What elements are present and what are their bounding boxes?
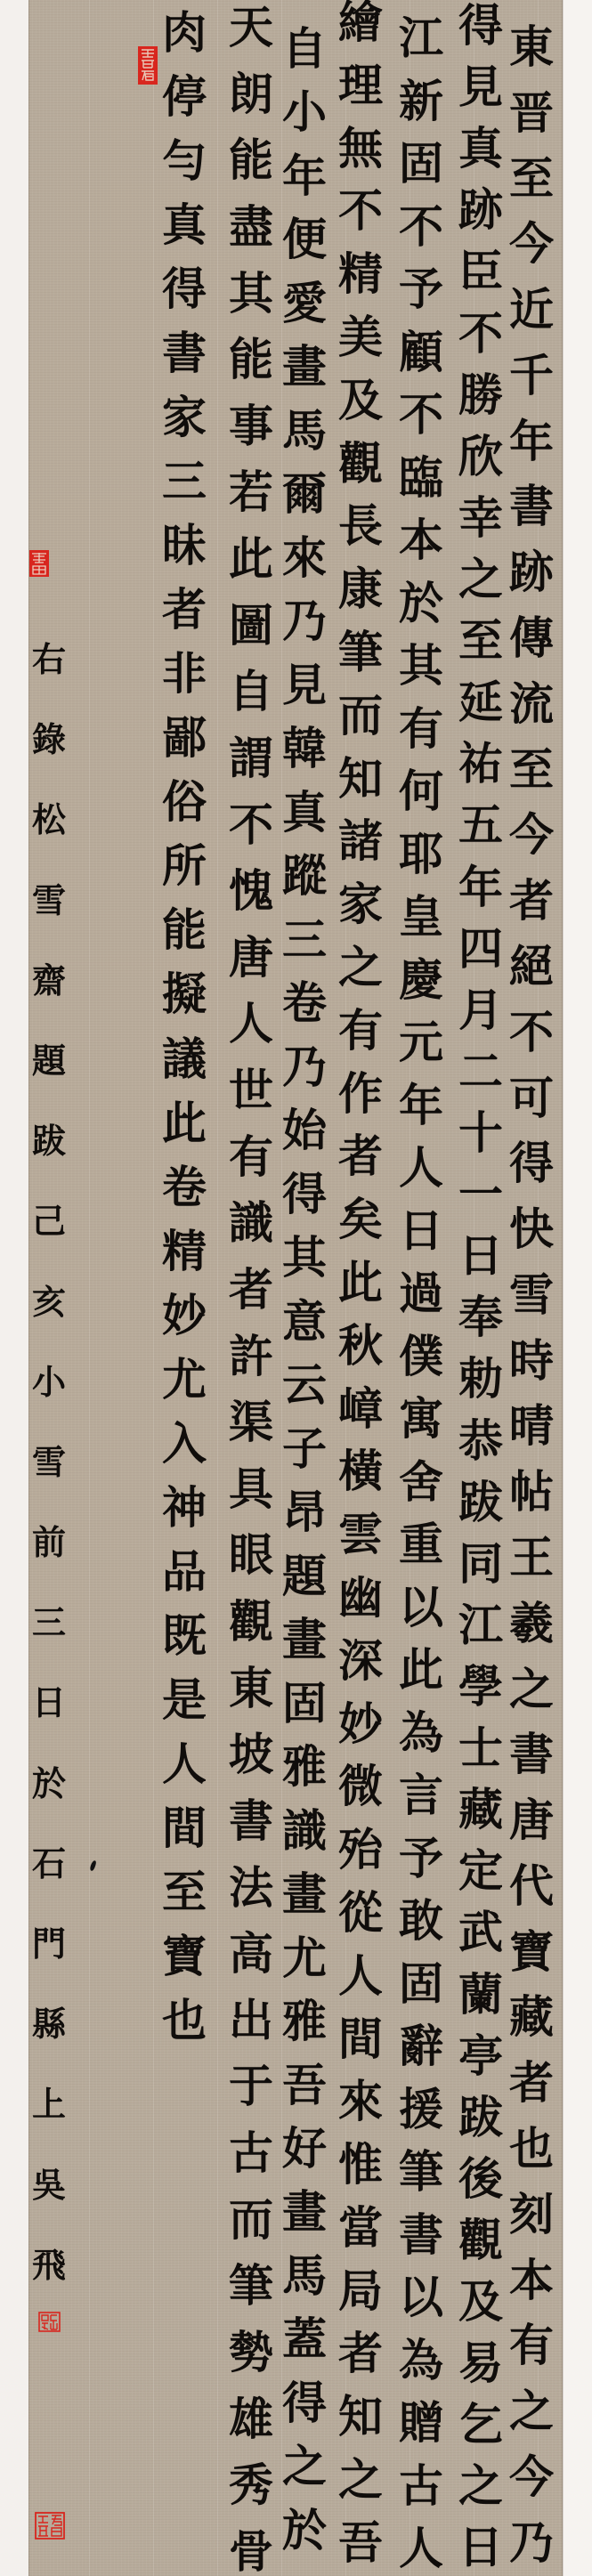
calligraphy-character: 東	[505, 25, 558, 69]
calligraphy-character: 愧	[224, 869, 278, 913]
calligraphy-character: 上	[27, 2087, 71, 2121]
calligraphy-character: 自	[224, 669, 278, 714]
calligraphy-character: 予	[394, 267, 448, 312]
inscription-head-seal-icon	[29, 550, 49, 577]
calligraphy-character: 入	[158, 1422, 211, 1466]
calligraphy-character: 間	[158, 1806, 211, 1851]
calligraphy-character: 自	[278, 27, 331, 71]
calligraphy-character: 易	[454, 2341, 507, 2386]
calligraphy-character: 雲	[334, 1512, 387, 1557]
calligraphy-character: 日	[27, 1686, 71, 1720]
calligraphy-character: 跡	[505, 550, 558, 595]
calligraphy-character: 者	[505, 2061, 558, 2105]
calligraphy-character: 長	[334, 504, 387, 548]
calligraphy-character: 許	[224, 1334, 278, 1379]
calligraphy-character: 家	[158, 395, 211, 440]
calligraphy-character: 日	[394, 1209, 448, 1253]
calligraphy-character: 識	[224, 1201, 278, 1245]
calligraphy-character: 蘭	[454, 1973, 507, 2017]
calligraphy-character: 江	[454, 1603, 507, 1648]
calligraphy-character: 理	[334, 63, 387, 108]
calligraphy-character: 者	[158, 587, 211, 632]
calligraphy-character: 年	[394, 1083, 448, 1128]
calligraphy-character: 繪	[334, 0, 387, 45]
calligraphy-character: 盡	[224, 205, 278, 249]
calligraphy-character: 矣	[334, 1197, 387, 1242]
calligraphy-character: 四	[454, 927, 507, 971]
calligraphy-character: 有	[224, 1135, 278, 1179]
calligraphy-character: 跡	[454, 188, 507, 232]
calligraphy-character: 觀	[454, 2218, 507, 2263]
calligraphy-character: 來	[278, 536, 331, 580]
calligraphy-character: 也	[158, 1998, 211, 2043]
calligraphy-character: 不	[505, 1010, 558, 1055]
calligraphy-character: 此	[394, 1648, 448, 1692]
calligraphy-character: 微	[334, 1764, 387, 1809]
calligraphy-character: 至	[505, 748, 558, 792]
calligraphy-character: 爾	[278, 472, 331, 516]
calligraphy-character: 嶂	[334, 1387, 387, 1431]
calligraphy-character: 當	[334, 2206, 387, 2250]
calligraphy-character: 恭	[454, 1419, 507, 1463]
calligraphy-character: 停	[158, 75, 211, 119]
calligraphy-character: 尤	[158, 1357, 211, 1402]
calligraphy-character: 同	[454, 1542, 507, 1586]
calligraphy-character: 耶	[394, 832, 448, 877]
calligraphy-character: 諸	[334, 819, 387, 863]
calligraphy-character: 跋	[27, 1124, 71, 1158]
calligraphy-character: 藏	[454, 1787, 507, 1832]
calligraphy-character: 得	[278, 2381, 331, 2426]
calligraphy-character: 有	[394, 707, 448, 751]
calligraphy-character: 而	[224, 2198, 278, 2242]
calligraphy-character: 妙	[334, 1702, 387, 1746]
calligraphy-character: 之	[334, 945, 387, 990]
calligraphy-character: 其	[224, 271, 278, 316]
calligraphy-character: 有	[505, 2323, 558, 2368]
calligraphy-character: 今	[505, 222, 558, 266]
calligraphy-character: 縣	[27, 2007, 71, 2041]
calligraphy-character: 蓋	[278, 2317, 331, 2361]
calligraphy-character: 馬	[278, 409, 331, 453]
calligraphy-character: 惟	[334, 2143, 387, 2187]
calligraphy-character: 之	[505, 2389, 558, 2434]
calligraphy-character: 之	[454, 557, 507, 602]
calligraphy-character: 者	[334, 2331, 387, 2376]
calligraphy-character: 古	[394, 2464, 448, 2508]
calligraphy-character: 勅	[454, 1357, 507, 1401]
calligraphy-character: 寶	[505, 1930, 558, 1974]
inscription-column: 右錄松雪齋題跋己亥小雪前三日於石門縣上吳飛	[27, 643, 71, 2282]
calligraphy-character: 妙	[158, 1293, 211, 1338]
calligraphy-character: 代	[505, 1864, 558, 1908]
calligraphy-character: 刻	[505, 2192, 558, 2237]
calligraphy-character: 三	[27, 1606, 71, 1640]
calligraphy-character: 慶	[394, 958, 448, 1002]
calligraphy-character: 真	[454, 126, 507, 171]
calligraphy-character: 雪	[27, 1446, 71, 1479]
calligraphy-character: 元	[394, 1020, 448, 1065]
calligraphy-character: 年	[454, 865, 507, 910]
calligraphy-character: 筆	[334, 630, 387, 675]
calligraphy-character: 書	[158, 331, 211, 376]
calligraphy-character: 之	[334, 2458, 387, 2502]
calligraphy-character: 鄙	[158, 716, 211, 760]
calligraphy-character: 人	[224, 1001, 278, 1046]
calligraphy-character: 畫	[278, 1872, 331, 1916]
calligraphy-character: 敢	[394, 1899, 448, 1943]
calligraphy-character: 人	[394, 2526, 448, 2571]
calligraphy-character: 可	[505, 1076, 558, 1121]
calligraphy-character: 之	[278, 2444, 331, 2489]
calligraphy-character: 家	[334, 882, 387, 927]
calligraphy-character: 今	[505, 2455, 558, 2499]
calligraphy-character: 謂	[224, 736, 278, 781]
calligraphy-character: 圖	[224, 603, 278, 648]
calligraphy-character: 子	[278, 1427, 331, 1471]
calligraphy-character: 世	[224, 1068, 278, 1113]
calligraphy-character: 跋	[454, 2095, 507, 2140]
calligraphy-character: 知	[334, 2394, 387, 2439]
calligraphy-character: 書	[505, 1732, 558, 1777]
calligraphy-character: 於	[27, 1767, 71, 1801]
calligraphy-character: 重	[394, 1522, 448, 1567]
name-seal-icon	[38, 2312, 61, 2332]
calligraphy-character: 欣	[454, 434, 507, 479]
calligraphy-character: 後	[454, 2157, 507, 2201]
calligraphy-character: 美	[334, 315, 387, 360]
calligraphy-character: 非	[158, 652, 211, 696]
calligraphy-character: 真	[278, 790, 331, 835]
calligraphy-character: 始	[278, 1108, 331, 1153]
calligraphy-character: 不	[454, 312, 507, 356]
calligraphy-character: 江	[394, 16, 448, 61]
calligraphy-character: 能	[224, 138, 278, 182]
calligraphy-character: 神	[158, 1486, 211, 1530]
calligraphy-character: 於	[394, 581, 448, 626]
calligraphy-character: 秋	[334, 1324, 387, 1368]
calligraphy-character: 傳	[505, 616, 558, 660]
calligraphy-character: 勢	[224, 2330, 278, 2375]
calligraphy-character: 言	[394, 1773, 448, 1818]
calligraphy-character: 乃	[505, 2521, 558, 2565]
calligraphy-character: 不	[334, 189, 387, 233]
calligraphy-character: 韓	[278, 726, 331, 771]
calligraphy-character: 不	[224, 803, 278, 847]
calligraphy-character: 其	[278, 1235, 331, 1280]
calligraphy-character: 俗	[158, 780, 211, 824]
calligraphy-character: 書	[224, 1799, 278, 1843]
calligraphy-character: 及	[334, 378, 387, 423]
calligraphy-character: 便	[278, 217, 331, 262]
calligraphy-character: 援	[394, 2087, 448, 2132]
calligraphy-character: 具	[224, 1467, 278, 1511]
calligraphy-character: 而	[334, 693, 387, 738]
calligraphy-character: 辭	[394, 2024, 448, 2069]
text-column-5: 自小年便愛畫馬爾來乃見韓真蹤三卷乃始得其意云子昂題畫固雅識畫尤雅吾好畫馬蓋得之於	[278, 27, 331, 2553]
calligraphy-character: 畫	[278, 344, 331, 389]
calligraphy-character: 畫	[278, 1617, 331, 1662]
calligraphy-character: 觀	[224, 1600, 278, 1644]
calligraphy-character: 此	[158, 1101, 211, 1146]
calligraphy-character: 本	[505, 2258, 558, 2303]
calligraphy-character: 晴	[505, 1404, 558, 1448]
calligraphy-character: 乃	[278, 599, 331, 644]
calligraphy-character: 馬	[278, 2254, 331, 2298]
calligraphy-character: 齋	[27, 964, 71, 998]
calligraphy-character: 以	[394, 1585, 448, 1630]
calligraphy-character: 畫	[278, 2190, 331, 2234]
calligraphy-character: 僕	[394, 1334, 448, 1379]
calligraphy-character: 者	[505, 879, 558, 923]
calligraphy-character: 法	[224, 1866, 278, 1910]
text-column-6: 天朗能盡其能事若此圖自謂不愧唐人世有識者許渠具眼觀東坡書法高出于古而筆勢雄秀骨	[224, 5, 278, 2574]
calligraphy-character: 顧	[394, 330, 448, 375]
calligraphy-character: 贈	[394, 2401, 448, 2445]
calligraphy-character: 愛	[278, 281, 331, 326]
calligraphy-character: 高	[224, 1932, 278, 1976]
calligraphy-character: 若	[224, 470, 278, 514]
calligraphy-character: 此	[224, 537, 278, 581]
calligraphy-character: 尤	[278, 1936, 331, 1981]
calligraphy-character: 幽	[334, 1576, 387, 1620]
calligraphy-character: 題	[278, 1554, 331, 1599]
calligraphy-character: 眼	[224, 1533, 278, 1577]
calligraphy-character: 幸	[454, 496, 507, 540]
calligraphy-character: 武	[454, 1910, 507, 1955]
calligraphy-character: 小	[27, 1365, 71, 1399]
calligraphy-character: 者	[224, 1268, 278, 1312]
calligraphy-character: 絕	[505, 944, 558, 989]
calligraphy-character: 題	[27, 1044, 71, 1078]
calligraphy-character: 帖	[505, 1470, 558, 1514]
calligraphy-character: 天	[224, 5, 278, 50]
calligraphy-character: 真	[158, 203, 211, 247]
calligraphy-character: 流	[505, 682, 558, 726]
calligraphy-character: 年	[505, 419, 558, 464]
calligraphy-character: 一	[454, 1172, 507, 1217]
calligraphy-character: 出	[224, 1998, 278, 2043]
calligraphy-character: 于	[224, 2064, 278, 2109]
calligraphy-character: 王	[505, 1535, 558, 1580]
calligraphy-character: 東	[224, 1666, 278, 1711]
calligraphy-character: 月	[454, 988, 507, 1033]
calligraphy-character: 能	[158, 908, 211, 952]
calligraphy-character: 不	[394, 393, 448, 437]
calligraphy-character: 前	[27, 1526, 71, 1559]
text-column-3: 江新固不予顧不臨本於其有何耶皇慶元年人日過僕寓舍重以此為言予敢固辭援筆書以為贈古…	[394, 16, 448, 2571]
calligraphy-character: 以	[394, 2275, 448, 2320]
calligraphy-character: 意	[278, 1300, 331, 1344]
leading-seal-icon	[138, 46, 158, 85]
calligraphy-character: 為	[394, 2338, 448, 2383]
calligraphy-character: 雅	[278, 1745, 331, 1789]
calligraphy-character: 固	[278, 1681, 331, 1726]
calligraphy-character: 得	[505, 1141, 558, 1186]
calligraphy-character: 無	[334, 126, 387, 171]
calligraphy-character: 奉	[454, 1295, 507, 1340]
calligraphy-character: 此	[334, 1260, 387, 1305]
calligraphy-character: 跋	[454, 1480, 507, 1525]
calligraphy-character: 予	[394, 1836, 448, 1881]
calligraphy-character: 近	[505, 288, 558, 332]
calligraphy-character: 唐	[224, 936, 278, 980]
calligraphy-character: 品	[158, 1550, 211, 1594]
calligraphy-character: 事	[224, 404, 278, 449]
text-column-2: 得見真跡臣不勝欣幸之至延祐五年四月二十一日奉勅恭跋同江學士藏定武蘭亭跋後觀及易乞…	[454, 4, 507, 2571]
calligraphy-character: 石	[27, 1847, 71, 1881]
calligraphy-character: 臨	[394, 456, 448, 500]
calligraphy-character: 古	[224, 2131, 278, 2175]
calligraphy-character: 所	[158, 844, 211, 888]
calligraphy-character: 勝	[454, 373, 507, 417]
calligraphy-character: 二	[454, 1049, 507, 1094]
calligraphy-character: 吾	[334, 2521, 387, 2565]
calligraphy-character: 書	[505, 484, 558, 529]
calligraphy-character: 是	[158, 1678, 211, 1722]
calligraphy-character: 朗	[224, 72, 278, 117]
calligraphy-character: 得	[454, 4, 507, 48]
calligraphy-character: 寶	[158, 1934, 211, 1979]
calligraphy-character: 既	[158, 1614, 211, 1658]
calligraphy-character: 十	[454, 1111, 507, 1155]
calligraphy-character: 雪	[505, 1273, 558, 1317]
calligraphy-character: 士	[454, 1726, 507, 1770]
calligraphy-character: 人	[394, 1146, 448, 1190]
calligraphy-character: 及	[454, 2280, 507, 2324]
calligraphy-character: 臣	[454, 249, 507, 294]
calligraphy-character: 乃	[278, 1045, 331, 1090]
calligraphy-character: 日	[454, 1234, 507, 1278]
calligraphy-character: 昧	[158, 523, 211, 568]
calligraphy-character: 有	[334, 1009, 387, 1053]
calligraphy-character: 者	[334, 1134, 387, 1179]
calligraphy-character: 寓	[394, 1397, 448, 1441]
calligraphy-character: 蹤	[278, 854, 331, 898]
calligraphy-character: 藏	[505, 1995, 558, 2039]
calligraphy-character: 過	[394, 1271, 448, 1316]
calligraphy-character: 得	[278, 1172, 331, 1217]
scroll-mount-left	[0, 0, 28, 2576]
calligraphy-character: 至	[454, 619, 507, 663]
calligraphy-character: 之	[454, 2464, 507, 2508]
text-column-7: 肉停勻真得書家三昧者非鄙俗所能擬議此卷精妙尤入神品既是人間至寶也	[158, 11, 211, 2043]
calligraphy-character: 坡	[224, 1732, 278, 1777]
calligraphy-character: 今	[505, 813, 558, 857]
calligraphy-character: 擬	[158, 972, 211, 1017]
calligraphy-character: 筆	[394, 2150, 448, 2194]
calligraphy-character: 康	[334, 567, 387, 612]
calligraphy-character: 固	[394, 1962, 448, 2006]
calligraphy-character: 渠	[224, 1400, 278, 1445]
calligraphy-character: 日	[454, 2525, 507, 2570]
calligraphy-character: 時	[505, 1339, 558, 1383]
calligraphy-character: 至	[158, 1870, 211, 1915]
calligraphy-character: 小	[278, 90, 331, 134]
calligraphy-character: 定	[454, 1849, 507, 1893]
calligraphy-character: 千	[505, 353, 558, 398]
calligraphy-character: 亥	[27, 1285, 71, 1319]
calligraphy-character: 識	[278, 1809, 331, 1853]
calligraphy-character: 書	[394, 2213, 448, 2257]
calligraphy-character: 亭	[454, 2034, 507, 2078]
calligraphy-character: 快	[505, 1207, 558, 1252]
scroll-mount-right	[563, 0, 592, 2576]
calligraphy-character: 從	[334, 1891, 387, 1935]
calligraphy-character: 何	[394, 769, 448, 814]
calligraphy-character: 乞	[454, 2402, 507, 2447]
calligraphy-character: 三	[278, 918, 331, 962]
calligraphy-character: 好	[278, 2126, 331, 2171]
calligraphy-character: 晋	[505, 91, 558, 135]
calligraphy-character: 見	[278, 663, 331, 708]
calligraphy-character: 其	[394, 644, 448, 688]
calligraphy-character: 羲	[505, 1601, 558, 1646]
calligraphy-character: 己	[27, 1204, 71, 1238]
calligraphy-character: 為	[394, 1711, 448, 1755]
calligraphy-character: 人	[158, 1742, 211, 1786]
calligraphy-character: 三	[158, 459, 211, 504]
calligraphy-character: 延	[454, 680, 507, 725]
calligraphy-character: 秀	[224, 2463, 278, 2507]
calligraphy-character: 雅	[278, 1999, 331, 2044]
bottom-seal-icon	[35, 2512, 65, 2540]
calligraphy-character: 唐	[505, 1798, 558, 1843]
calligraphy-character: 知	[334, 757, 387, 801]
calligraphy-character: 骨	[224, 2530, 278, 2574]
calligraphy-character: 昂	[278, 1490, 331, 1535]
calligraphy-character: 人	[334, 1954, 387, 1998]
calligraphy-character: 之	[505, 1667, 558, 1712]
calligraphy-character: 勻	[158, 139, 211, 183]
text-column-4: 繪理無不精美及觀長康筆而知諸家之有作者矣此秋嶂橫雲幽深妙微殆從人間來惟當局者知之…	[334, 0, 387, 2565]
calligraphy-character: 殆	[334, 1827, 387, 1872]
calligraphy-character: 作	[334, 1072, 387, 1116]
calligraphy-character: 來	[334, 2079, 387, 2124]
calligraphy-character: 卷	[158, 1165, 211, 1210]
calligraphy-character: 年	[278, 154, 331, 198]
text-column-1: 東晋至今近千年書跡傳流至今者絕不可得快雪時晴帖王羲之書唐代寶藏者也刻本有之今乃	[505, 25, 558, 2565]
calligraphy-character: 於	[278, 2508, 331, 2553]
calligraphy-character: 本	[394, 518, 448, 563]
calligraphy-character: 卷	[278, 981, 331, 1025]
calligraphy-character: 固	[394, 142, 448, 186]
calligraphy-character: 得	[158, 267, 211, 312]
calligraphy-character: 舍	[394, 1460, 448, 1504]
calligraphy-character: 皇	[394, 895, 448, 939]
calligraphy-character: 五	[454, 803, 507, 847]
calligraphy-character: 門	[27, 1927, 71, 1961]
calligraphy-character: 能	[224, 337, 278, 382]
calligraphy-character: 間	[334, 2017, 387, 2062]
calligraphy-character: 吾	[278, 2063, 331, 2108]
calligraphy-character: 雪	[27, 884, 71, 918]
calligraphy-character: 雄	[224, 2397, 278, 2442]
calligraphy-character: 新	[394, 79, 448, 124]
calligraphy-character: 不	[394, 205, 448, 249]
calligraphy-character: 筆	[224, 2264, 278, 2308]
calligraphy-character: 精	[158, 1229, 211, 1274]
calligraphy-character: 吳	[27, 2168, 71, 2202]
calligraphy-character: 精	[334, 252, 387, 296]
calligraphy-character: 也	[505, 2126, 558, 2171]
calligraphy-character: 肉	[158, 11, 211, 55]
calligraphy-character: 學	[454, 1665, 507, 1709]
calligraphy-character: 觀	[334, 441, 387, 486]
calligraphy-character: 云	[278, 1363, 331, 1407]
calligraphy-character: 松	[27, 803, 71, 837]
calligraphy-character: 局	[334, 2269, 387, 2313]
